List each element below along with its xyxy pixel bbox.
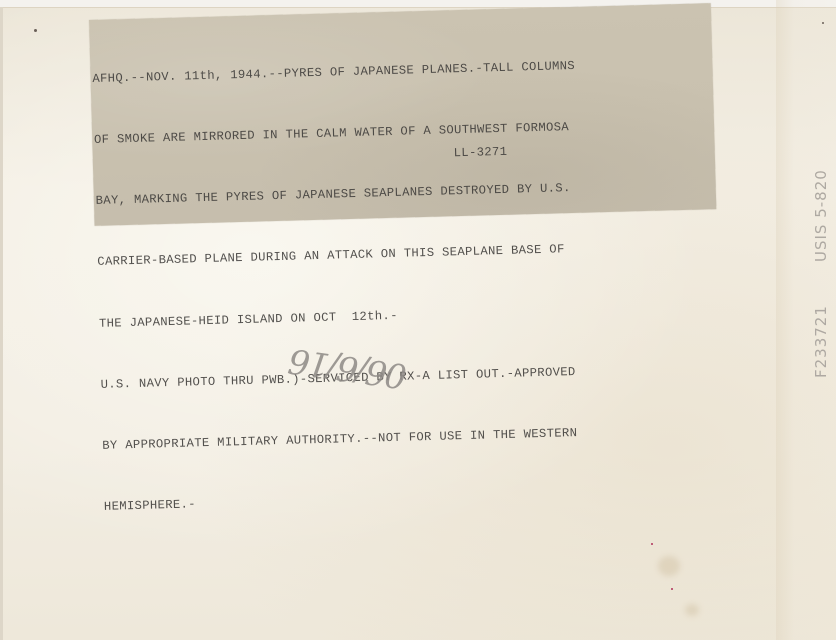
paper-speck (822, 22, 824, 24)
caption-reference-number: LL-3271 (453, 142, 507, 164)
handwritten-usis-number: USIS 5-820 (812, 169, 830, 262)
caption-line: HEMISPHERE.- (104, 484, 587, 517)
paper-speck (671, 588, 673, 590)
age-stain (658, 556, 680, 576)
caption-line: BY APPROPRIATE MILITARY AUTHORITY.--NOT … (102, 423, 585, 456)
paper-speck (651, 543, 653, 545)
age-stain (685, 604, 699, 616)
caption-text-block: AFHQ.--NOV. 11th, 1944.--PYRES OF JAPANE… (91, 15, 588, 558)
caption-line: THE JAPANESE-HEID ISLAND ON OCT 12th.- (99, 300, 582, 333)
caption-line: AFHQ.--NOV. 11th, 1944.--PYRES OF JAPANE… (92, 56, 575, 89)
caption-line: BAY, MARKING THE PYRES OF JAPANESE SEAPL… (95, 178, 578, 211)
paper-speck (34, 29, 37, 32)
caption-line: CARRIER-BASED PLANE DURING AN ATTACK ON … (97, 239, 580, 272)
handwritten-file-number: F233721 (812, 305, 830, 378)
paper-left-edge (0, 7, 3, 640)
